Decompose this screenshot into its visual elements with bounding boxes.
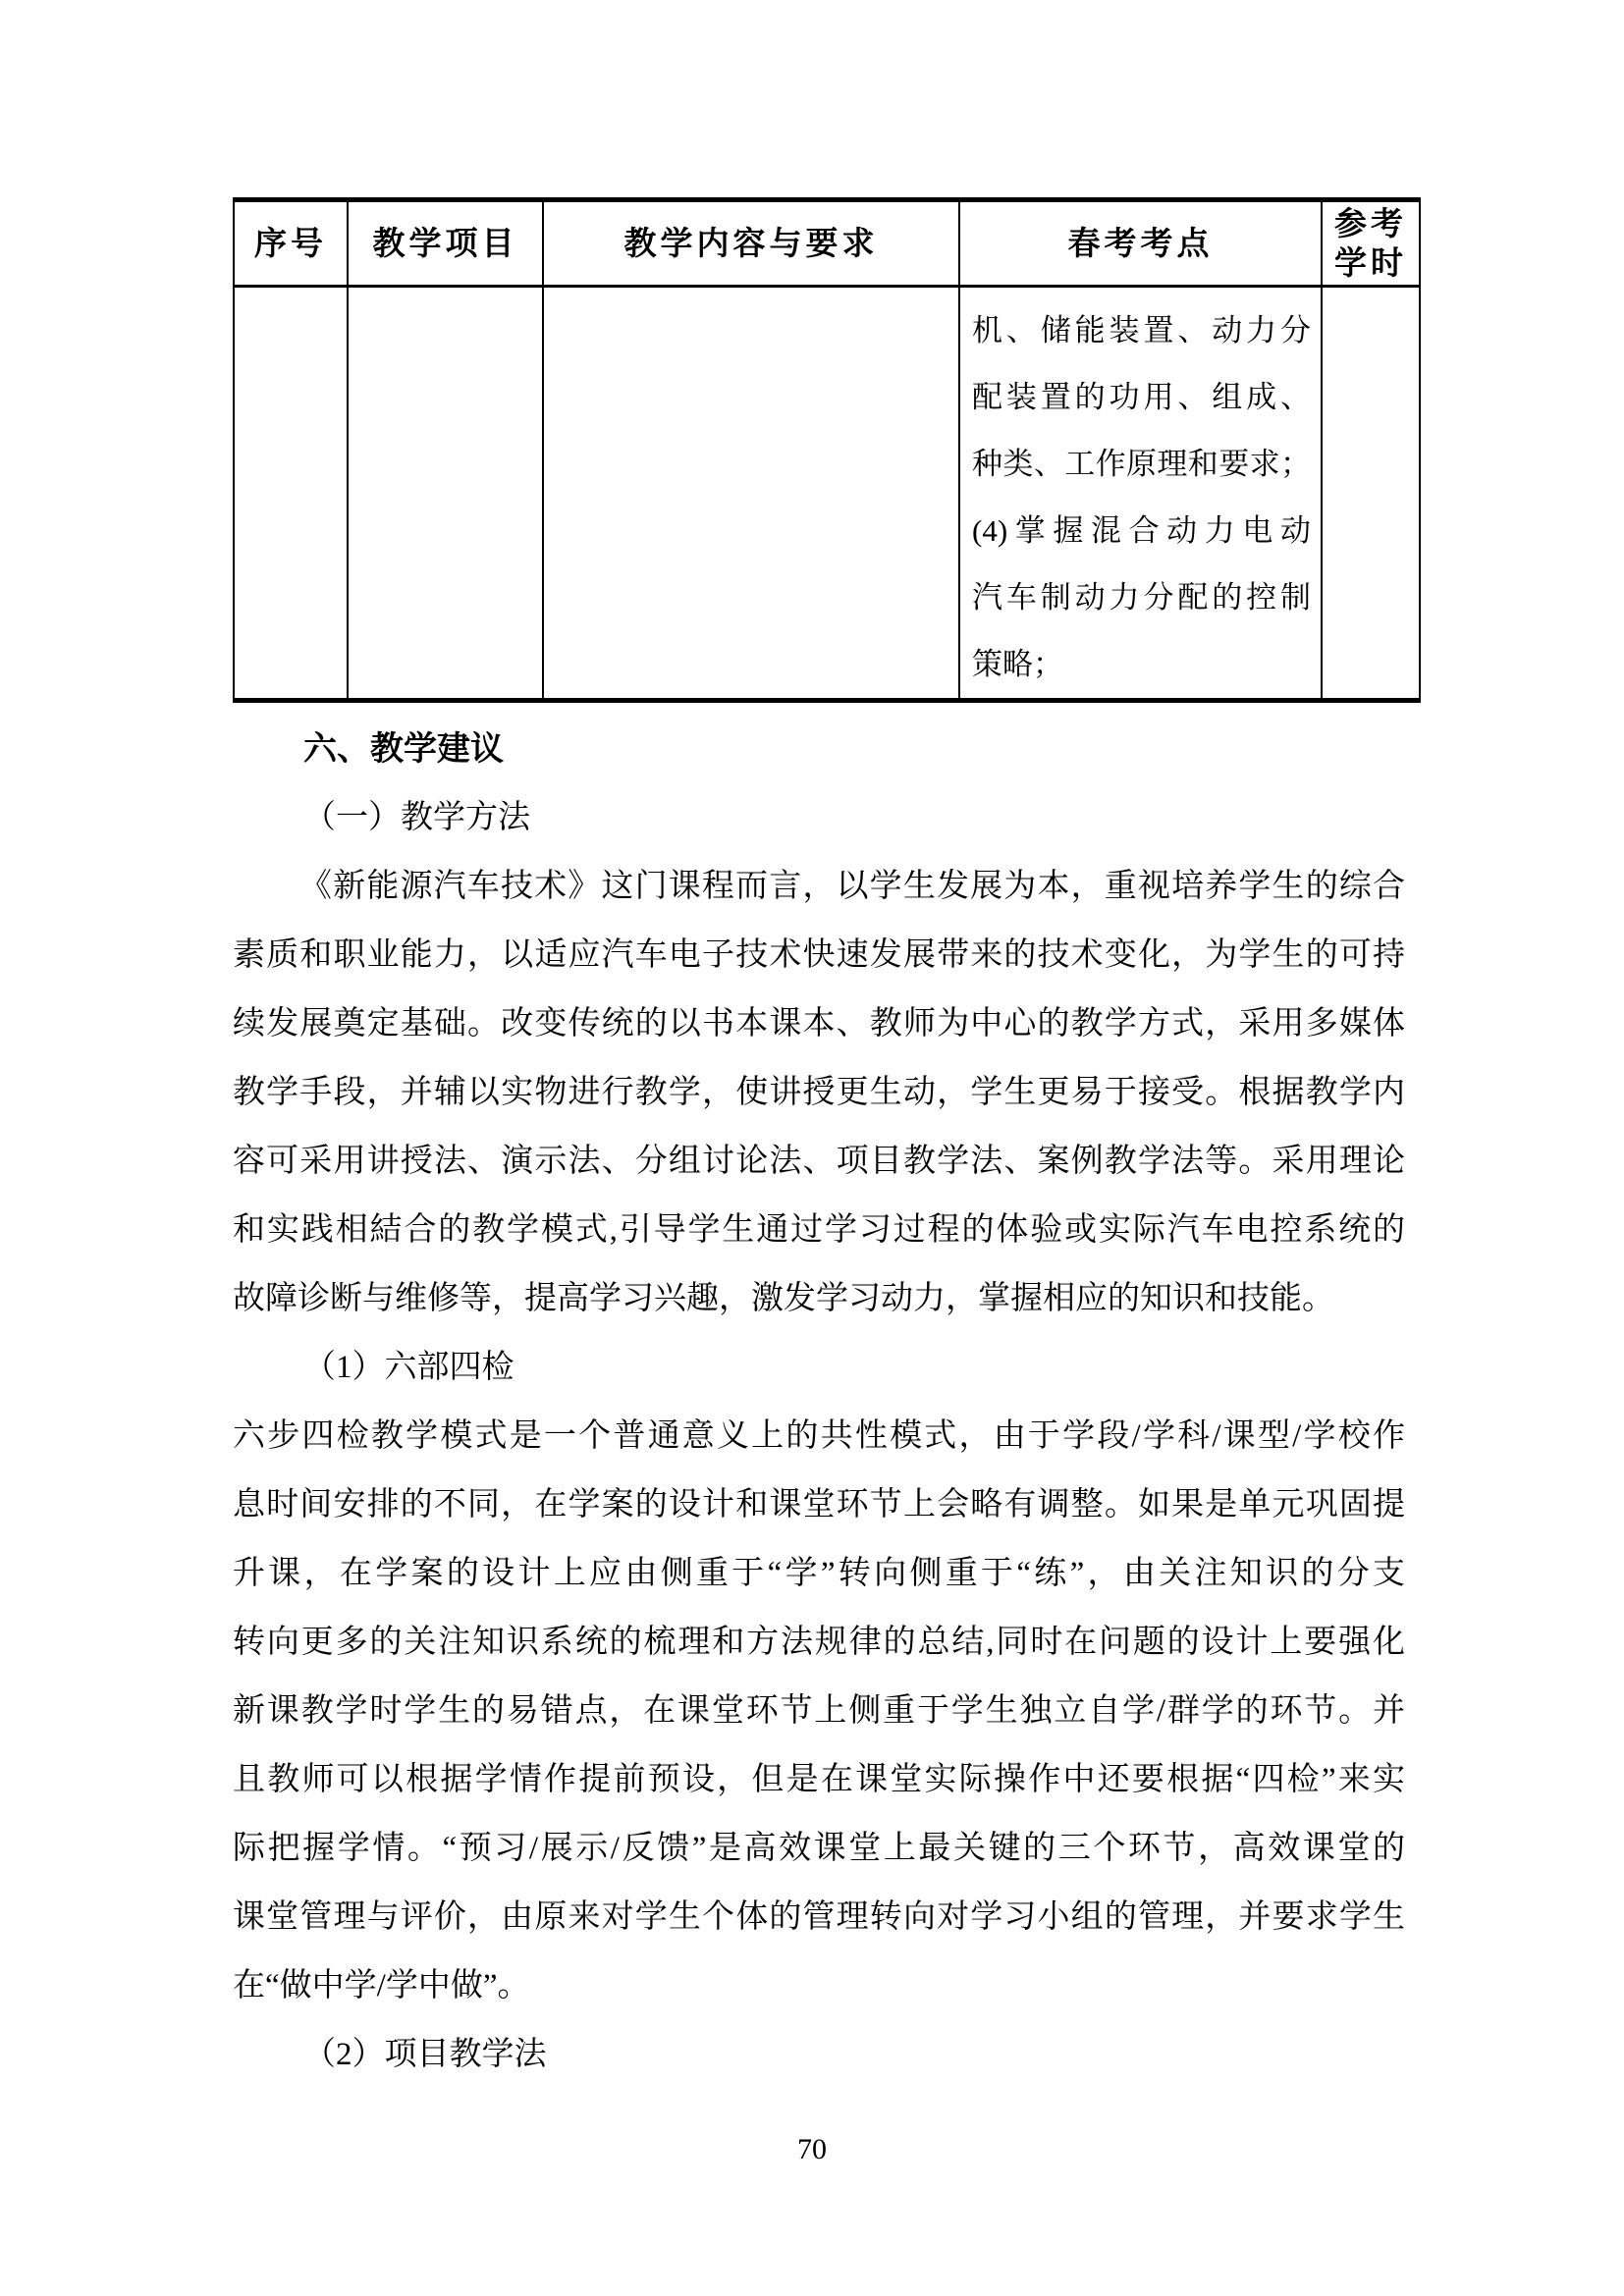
text-line: 际把握学情。“预习/展示/反馈”是高效课堂上最关键的三个环节，高效课堂的: [233, 1814, 1405, 1883]
cell-neirong-yaoqiu: [543, 287, 959, 701]
text-line: 素质和职业能力，以适应汽车电子技术快速发展带来的技术变化，为学生的可持: [233, 921, 1405, 989]
text-line: 配装置的功用、组成、: [972, 364, 1311, 431]
text-line: 故障诊断与维修等，提高学习兴趣，激发学习动力，掌握相应的知识和技能。: [233, 1264, 1405, 1333]
text-line: 续发展奠定基础。改变传统的以书本课本、教师为中心的教学方式，采用多媒体: [233, 989, 1405, 1058]
subsection-heading-project-teaching: （2）项目教学法: [233, 2020, 1419, 2089]
column-header-jiaoxue-xiangmu: 教学项目: [348, 200, 543, 287]
paragraph-teaching-methods: 《新能源汽车技术》这门课程而言，以学生发展为本，重视培养学生的综合 素质和职业能…: [233, 852, 1405, 1333]
paragraph-liubu-sijian: 六步四检教学模式是一个普通意义上的共性模式，由于学段/学科/课型/学校作 息时间…: [233, 1402, 1405, 2020]
cell-chunkao-kaodian: 机、储能装置、动力分 配装置的功用、组成、 种类、工作原理和要求； (4)掌握混…: [959, 287, 1322, 701]
cell-jiaoxue-xiangmu: [348, 287, 543, 701]
text-line: 机、储能装置、动力分: [972, 297, 1311, 364]
text-line: 转向更多的关注知识系统的梳理和方法规律的总结,同时在问题的设计上要强化: [233, 1608, 1405, 1677]
text-line: 和实践相結合的教学模式,引导学生通过学习过程的体验或实际汽车电控系统的: [233, 1196, 1405, 1264]
cell-cankao-xueshi: [1322, 287, 1420, 701]
column-header-xuhao: 序号: [234, 200, 348, 287]
text-line: 六步四检教学模式是一个普通意义上的共性模式，由于学段/学科/课型/学校作: [233, 1402, 1405, 1470]
section-heading-teaching-suggestions: 六、教学建议: [233, 715, 1419, 783]
table-row: 机、储能装置、动力分 配装置的功用、组成、 种类、工作原理和要求； (4)掌握混…: [234, 287, 1420, 701]
subsection-heading-teaching-methods: （一）教学方法: [233, 783, 1419, 852]
table-header-row: 序号 教学项目 教学内容与要求 春考考点 参考学时: [234, 200, 1420, 287]
text-line: 新课教学时学生的易错点，在课堂环节上侧重于学生独立自学/群学的环节。并: [233, 1677, 1405, 1745]
text-line: 且教师可以根据学情作提前预设，但是在课堂实际操作中还要根据“四检”来实: [233, 1745, 1405, 1814]
cell-xuhao: [234, 287, 348, 701]
text-line: 汽车制动力分配的控制: [972, 564, 1311, 631]
text-line: 在“做中学/学中做”。: [233, 1951, 1405, 2020]
text-line: 容可采用讲授法、演示法、分组讨论法、项目教学法、案例教学法等。采用理论: [233, 1127, 1405, 1196]
document-content: 序号 教学项目 教学内容与要求 春考考点 参考学时 机、储能装置、动力分 配装置…: [233, 197, 1419, 2089]
text-line: 升课，在学案的设计上应由侧重于“学”转向侧重于“练”，由关注知识的分支: [233, 1539, 1405, 1608]
text-line: 策略；: [972, 631, 1311, 698]
text-line: 息时间安排的不同，在学案的设计和课堂环节上会略有调整。如果是单元巩固提: [233, 1470, 1405, 1539]
column-header-neirong-yaoqiu: 教学内容与要求: [543, 200, 959, 287]
document-page: 序号 教学项目 教学内容与要求 春考考点 参考学时 机、储能装置、动力分 配装置…: [0, 0, 1624, 2296]
text-line: 课堂管理与评价，由原来对学生个体的管理转向对学习小组的管理，并要求学生: [233, 1883, 1405, 1951]
text-line: 教学手段，并辅以实物进行教学，使讲授更生动，学生更易于接受。根据教学内: [233, 1058, 1405, 1127]
text-line: (4)掌握混合动力电动: [972, 498, 1311, 564]
column-header-cankao-xueshi: 参考学时: [1322, 200, 1420, 287]
column-header-chunkao-kaodian: 春考考点: [959, 200, 1322, 287]
page-number: 70: [0, 2128, 1624, 2171]
teaching-plan-table: 序号 教学项目 教学内容与要求 春考考点 参考学时 机、储能装置、动力分 配装置…: [233, 197, 1421, 703]
subsection-heading-liubu-sijian: （1）六部四检: [233, 1333, 1419, 1402]
text-line: 种类、工作原理和要求；: [972, 431, 1311, 498]
text-line: 《新能源汽车技术》这门课程而言，以学生发展为本，重视培养学生的综合: [233, 852, 1405, 921]
